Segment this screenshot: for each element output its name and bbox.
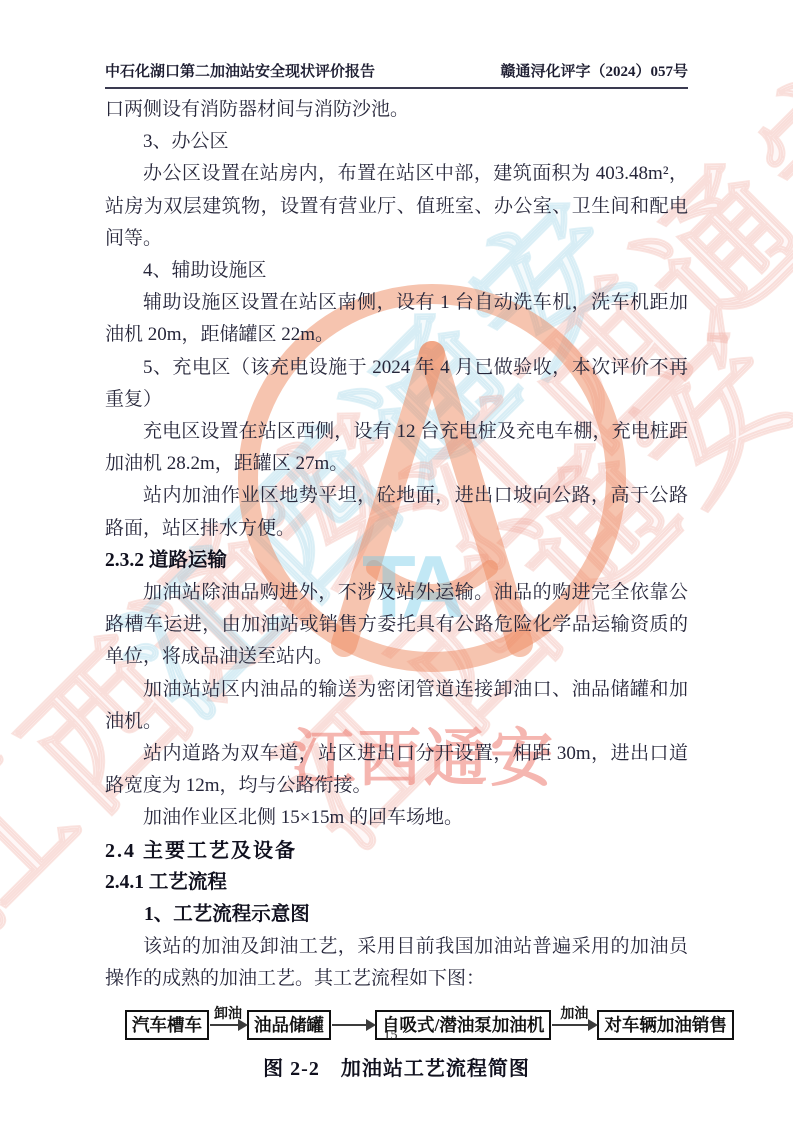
paragraph: 站内道路为双车道，站区进出口分开设置，相距 30m，进出口道路宽度为 12m，均… [105,738,688,802]
paragraph: 5、充电区（该充电设施于 2024 年 4 月已做验收，本次评价不再重复） [105,352,688,416]
section-heading-2-4-1: 2.4.1 工艺流程 [105,867,688,899]
figure-caption: 图 2-2 加油站工艺流程简图 [105,1052,688,1081]
paragraph: 3、办公区 [105,126,688,158]
page-header: 中石化湖口第二加油站安全现状评价报告 赣通浔化评字（2024）057号 [105,60,688,89]
paragraph: 加油站站区内油品的输送为密闭管道连接卸油口、油品储罐和加油机。 [105,674,688,738]
paragraph: 充电区设置在站区西侧，设有 12 台充电桩及充电车棚，充电桩距加油机 28.2m… [105,416,688,480]
paragraph: 该站的加油及卸油工艺，采用目前我国加油站普遍采用的加油员操作的成熟的加油工艺。其… [105,931,688,995]
paragraph: 4、辅助设施区 [105,255,688,287]
paragraph: 加油站除油品购进外，不涉及站外运输。油品的购进完全依靠公路槽车运进，由加油站或销… [105,577,688,674]
header-report-title: 中石化湖口第二加油站安全现状评价报告 [105,60,375,81]
paragraph: 加油作业区北侧 15×15m 的回车场地。 [105,802,688,834]
flow-arrow-plain [332,1024,374,1026]
paragraph: 办公区设置在站房内，布置在站区中部，建筑面积为 403.48m²，站房为双层建筑… [105,158,688,255]
subsection-heading-1: 1、工艺流程示意图 [105,899,688,931]
flow-arrow-unload: 卸油 [210,1024,246,1026]
flow-arrow-label: 卸油 [214,1003,242,1023]
paragraph: 辅助设施区设置在站区南侧，设有 1 台自动洗车机，洗车机距加油机 20m，距储罐… [105,287,688,351]
page-number: 15 [0,1028,781,1044]
flow-arrow-refuel: 加油 [552,1024,596,1026]
paragraph: 口两侧设有消防器材间与消防沙池。 [105,94,688,126]
header-document-code: 赣通浔化评字（2024）057号 [500,60,688,81]
paragraph: 站内加油作业区地势平坦，砼地面，进出口坡向公路，高于公路路面，站区排水方便。 [105,480,688,544]
document-page: 江西通安 江西通安 江西通安 江西通安 TA 江西通安 中石化湖口第二加油站安全… [0,0,793,1122]
section-heading-2-4: 2.4 主要工艺及设备 [105,835,688,867]
document-body: 口两侧设有消防器材间与消防沙池。 3、办公区 办公区设置在站房内，布置在站区中部… [105,94,688,1081]
section-heading-2-3-2: 2.3.2 道路运输 [105,545,688,577]
flow-arrow-label: 加油 [560,1003,588,1023]
